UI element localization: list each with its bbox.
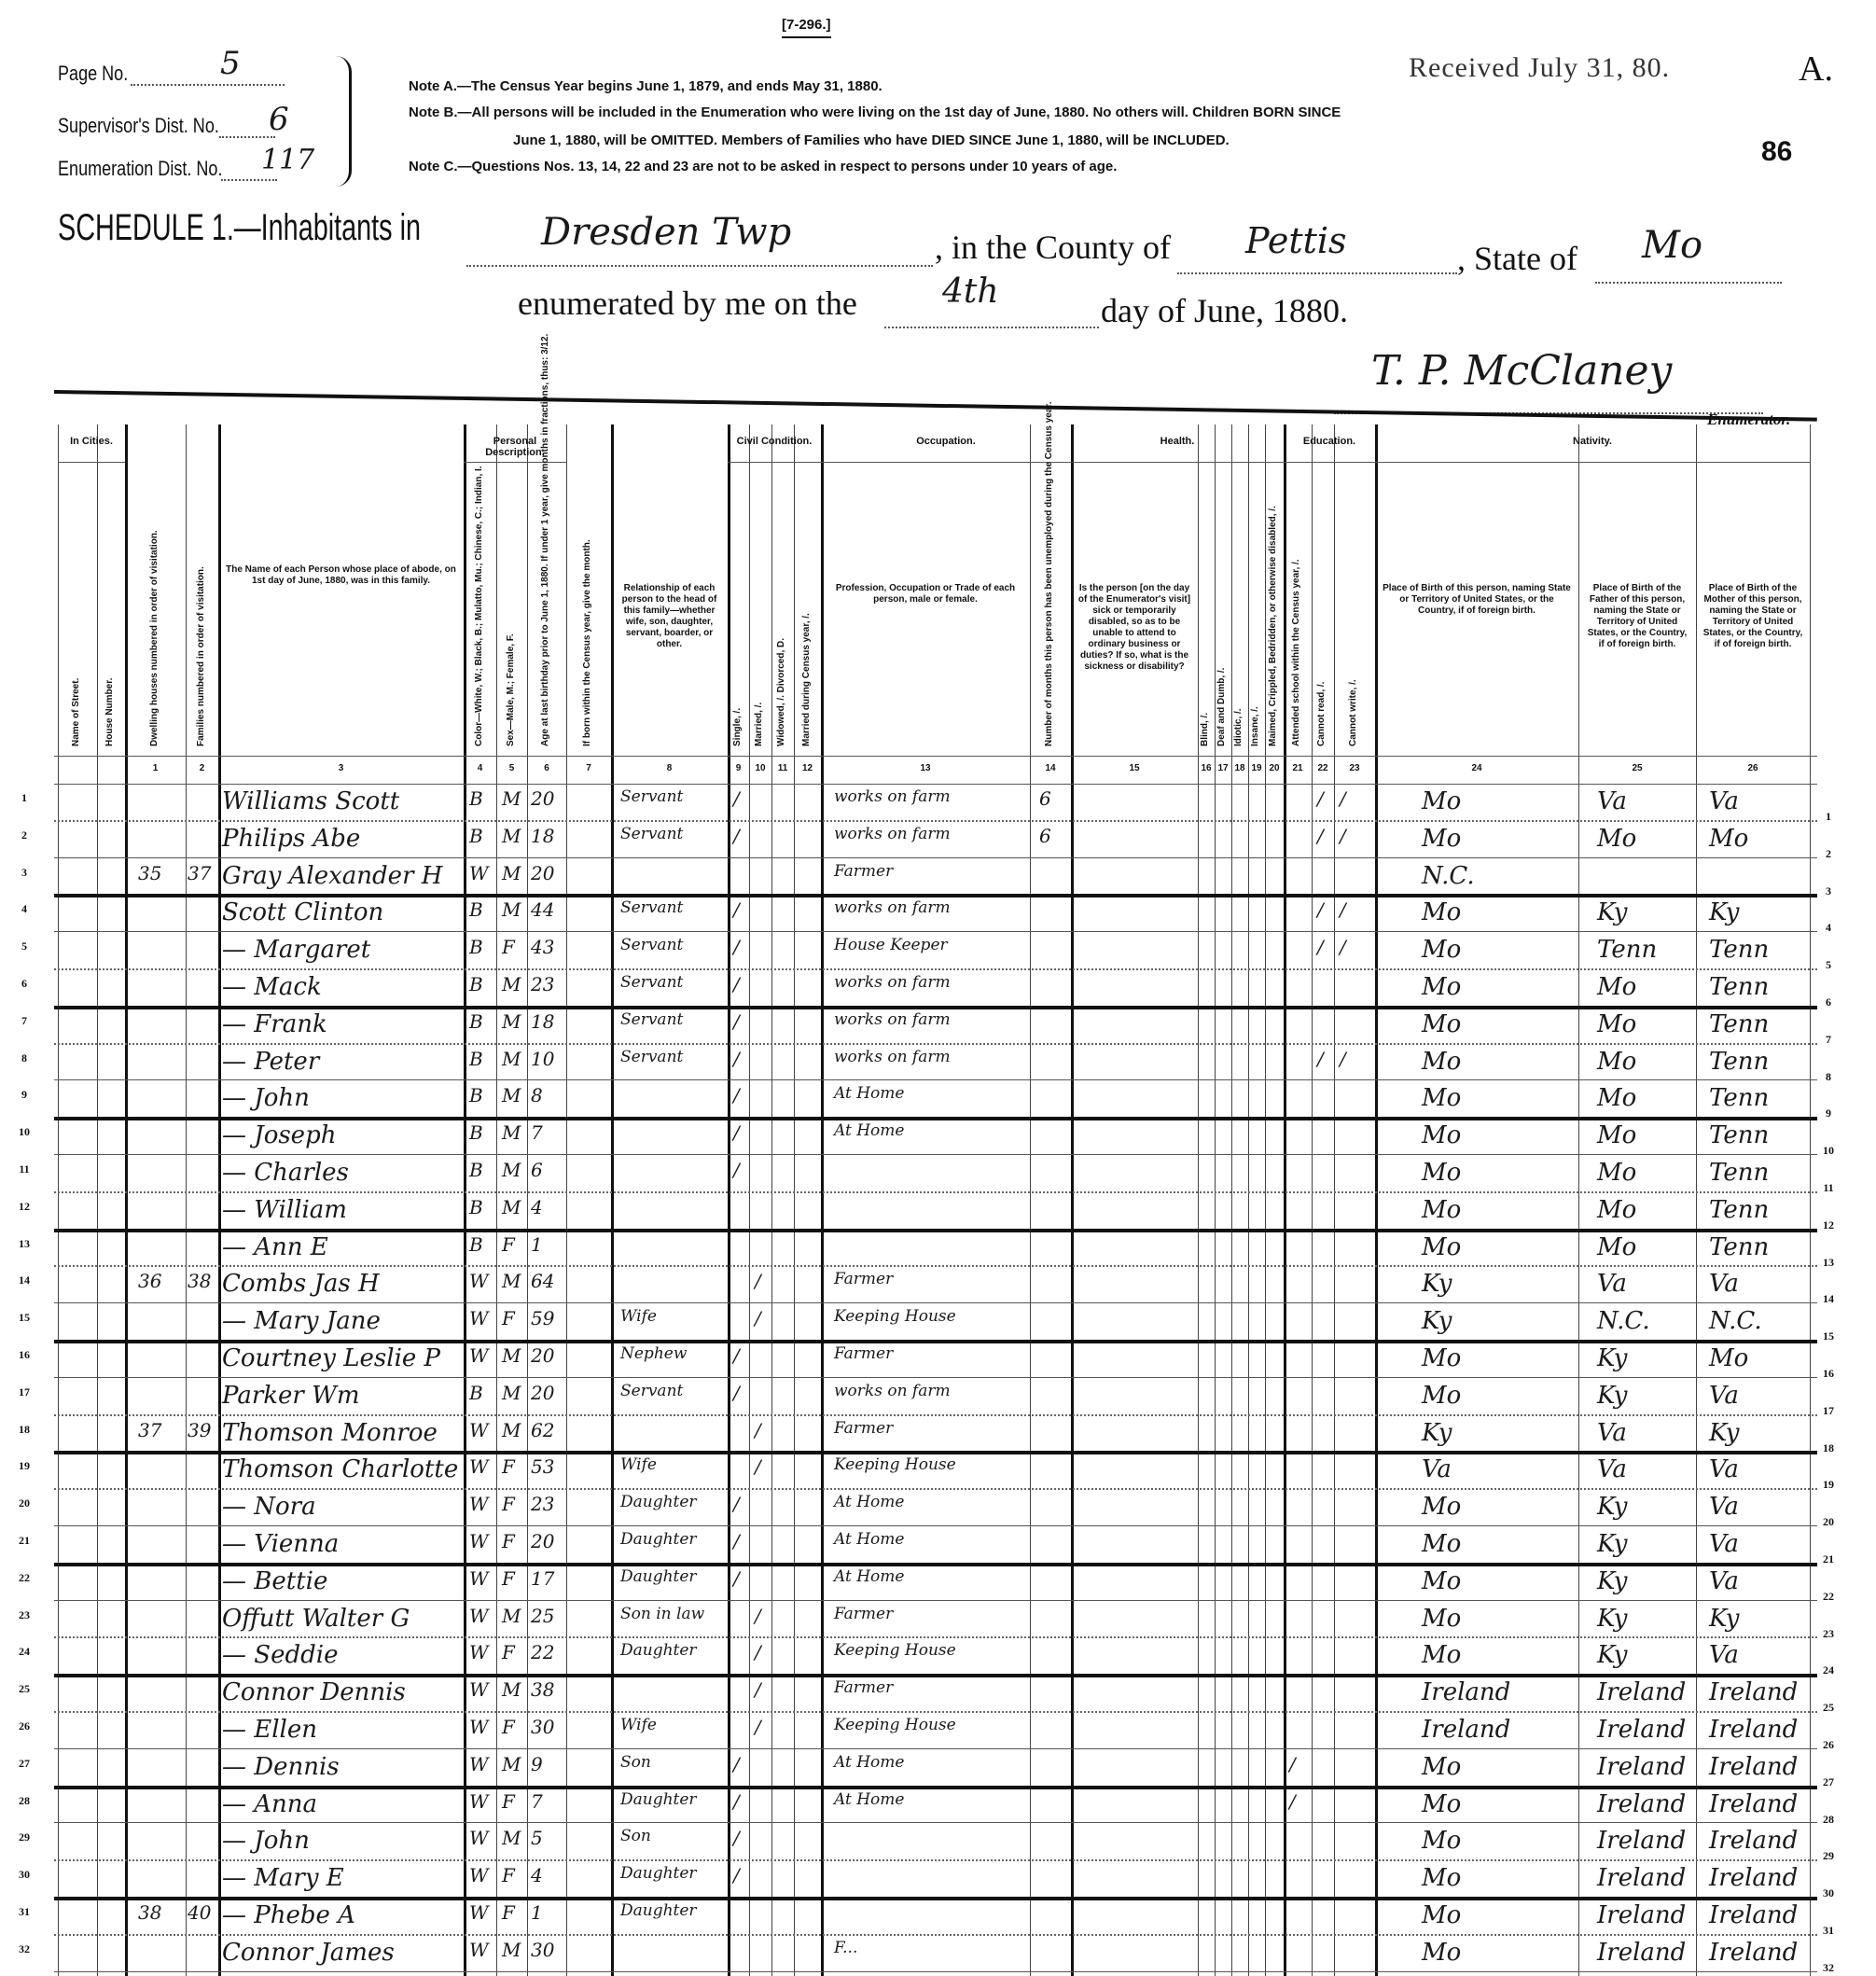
occupation-value: F...: [834, 1941, 857, 1956]
occupation-value: Farmer: [834, 1607, 893, 1622]
age-value: 18: [531, 1012, 554, 1031]
enumeration-district-value: 117: [261, 144, 314, 176]
father-birthplace-value: Ireland: [1597, 1866, 1686, 1890]
person-name: Scott Clinton: [222, 900, 383, 925]
father-birthplace-value: Va: [1597, 1421, 1627, 1445]
column-divider: [496, 424, 497, 1976]
father-birthplace-value: Ireland: [1597, 1680, 1686, 1705]
column-header-c20: Maimed, Crippled, Bedridden, or otherwis…: [1268, 480, 1278, 746]
birthplace-value: Mo: [1422, 1012, 1461, 1037]
relationship-value: Servant: [620, 1012, 683, 1028]
occupation-value: Keeping House: [834, 1718, 956, 1733]
single-mark: /: [733, 975, 740, 994]
occupation-value: Farmer: [834, 1680, 893, 1696]
color-value: W: [469, 1346, 489, 1365]
single-mark: /: [733, 1161, 740, 1179]
column-header-c6: Age at last birthday prior to June 1, 18…: [540, 480, 550, 746]
sheet-number: 86: [1761, 136, 1792, 168]
line-number-left: 23: [15, 1608, 34, 1622]
line-number-right: 20: [1819, 1515, 1838, 1529]
single-mark: /: [733, 1755, 740, 1774]
age-value: 7: [531, 1792, 543, 1811]
enumeration-day: 4th: [942, 272, 999, 311]
sex-value: F: [502, 1792, 515, 1811]
line-number-left: 3: [15, 866, 34, 880]
occupation-value: At Home: [834, 1123, 904, 1139]
line-number-right: 25: [1819, 1701, 1838, 1715]
mother-birthplace-value: Ireland: [1709, 1755, 1798, 1779]
column-header-c11: Widowed, /. Divorced, D.: [776, 480, 786, 746]
occupation-value: works on farm: [834, 900, 951, 916]
relationship-value: Daughter: [620, 1495, 697, 1510]
column-header-c12: Married during Census year, /.: [801, 480, 812, 746]
sex-value: M: [502, 1829, 521, 1847]
column-divider: [1810, 424, 1811, 1976]
line-number-right: 18: [1819, 1441, 1838, 1455]
dwelling-number: 38: [138, 1903, 161, 1922]
line-number-right: 16: [1819, 1367, 1838, 1381]
father-birthplace-value: Ky: [1597, 1346, 1627, 1371]
mother-birthplace-value: Tenn: [1709, 975, 1769, 999]
cannot-write-mark: /: [1340, 827, 1346, 845]
single-mark: /: [733, 1532, 740, 1551]
line-number-left: 13: [15, 1237, 34, 1251]
column-number: 3: [218, 763, 464, 773]
column-divider: [1248, 424, 1249, 1976]
relationship-value: Son: [620, 1829, 651, 1844]
occupation-value: works on farm: [834, 975, 951, 991]
column-header-c18: Idiotic, /.: [1233, 480, 1244, 746]
column-number: 2: [186, 763, 218, 773]
father-birthplace-value: Ireland: [1597, 1941, 1686, 1965]
relationship-value: Servant: [620, 789, 683, 805]
sex-value: M: [502, 1346, 521, 1365]
cannot-read-mark: /: [1317, 789, 1324, 808]
father-birthplace-value: Ireland: [1597, 1718, 1686, 1742]
column-group-nativity: Nativity.: [1375, 436, 1810, 447]
column-number: 21: [1284, 763, 1312, 773]
column-divider: [566, 424, 567, 1976]
line-number-right: 15: [1819, 1329, 1838, 1343]
single-mark: /: [733, 1866, 740, 1885]
column-number: 11: [771, 763, 794, 773]
column-header-c24: Place of Birth of this person, naming St…: [1381, 583, 1573, 617]
age-value: 20: [531, 1346, 554, 1365]
person-name: — Charles: [222, 1161, 349, 1185]
line-number-right: 27: [1819, 1775, 1838, 1789]
census-table: In Cities.Personal Description.Civil Con…: [54, 424, 1817, 1976]
column-divider: [821, 424, 824, 1976]
sex-value: F: [502, 1643, 515, 1662]
age-value: 1: [531, 1903, 543, 1922]
sex-value: F: [502, 938, 515, 956]
cannot-read-mark: /: [1317, 938, 1324, 956]
row-rule: [54, 1563, 1817, 1566]
sex-value: M: [502, 1421, 521, 1440]
mother-birthplace-value: Ireland: [1709, 1680, 1798, 1705]
father-birthplace-value: Ireland: [1597, 1755, 1686, 1779]
person-name: — Mary Jane: [222, 1309, 381, 1333]
column-divider: [125, 424, 128, 1976]
header-bracket: [336, 56, 352, 187]
line-number-left: 5: [15, 939, 34, 953]
column-divider: [464, 424, 466, 1976]
relationship-value: Nephew: [620, 1346, 687, 1362]
father-birthplace-value: Mo: [1597, 1050, 1636, 1074]
row-rule: [54, 1117, 1817, 1120]
column-header-c25: Place of Birth of the Father of this per…: [1584, 583, 1690, 650]
column-header-house_no: House Number.: [104, 480, 115, 746]
line-number-right: 30: [1819, 1886, 1838, 1900]
column-number: 6: [527, 763, 566, 773]
age-value: 1: [531, 1235, 543, 1254]
father-birthplace-value: Ireland: [1597, 1792, 1686, 1816]
line-number-right: 22: [1819, 1590, 1838, 1604]
line-number-right: 24: [1819, 1663, 1838, 1677]
color-value: W: [469, 1457, 489, 1476]
line-number-right: 14: [1819, 1292, 1838, 1306]
column-group-occupation: Occupation.: [821, 436, 1071, 447]
married-mark: /: [755, 1718, 761, 1736]
occupation-value: Farmer: [834, 1272, 893, 1287]
column-header-c4: Color—White, W.; Black, B.; Mulatto, Mu.…: [474, 480, 484, 746]
sex-value: M: [502, 900, 521, 919]
dwelling-number: 36: [138, 1272, 161, 1290]
column-number: 22: [1312, 763, 1334, 773]
color-value: W: [469, 1272, 489, 1290]
married-mark: /: [755, 1607, 761, 1625]
column-divider: [58, 424, 59, 1976]
line-number-right: 7: [1819, 1033, 1838, 1047]
line-number-right: 2: [1819, 847, 1838, 861]
note-b-line2: June 1, 1880, will be OMITTED. Members o…: [513, 132, 1230, 148]
line-number-right: 17: [1819, 1404, 1838, 1418]
color-value: W: [469, 1903, 489, 1922]
line-number-left: 28: [15, 1794, 34, 1808]
birthplace-value: Mo: [1422, 1755, 1461, 1779]
column-number: 5: [496, 763, 527, 773]
supervisor-district-field: Supervisor's Dist. No.: [58, 114, 275, 138]
column-header-c22: Cannot read, /.: [1316, 480, 1327, 746]
column-header-c14: Number of months this person has been un…: [1044, 480, 1054, 746]
age-value: 44: [531, 900, 554, 919]
occupation-value: works on farm: [834, 1012, 951, 1028]
birthplace-value: Mo: [1422, 1643, 1461, 1667]
column-divider: [1265, 424, 1266, 1976]
sex-value: M: [502, 1755, 521, 1774]
column-header-c9: Single, /.: [732, 480, 743, 746]
mother-birthplace-value: Va: [1709, 1643, 1739, 1667]
mother-birthplace-value: Ireland: [1709, 1903, 1798, 1927]
age-value: 20: [531, 789, 554, 808]
column-group-education: Education.: [1284, 436, 1375, 447]
group-underline: [821, 462, 1071, 463]
color-value: W: [469, 1866, 489, 1885]
mother-birthplace-value: Ireland: [1709, 1792, 1798, 1816]
occupation-value: Keeping House: [834, 1457, 956, 1473]
line-number-right: 9: [1819, 1106, 1838, 1120]
person-name: — Ellen: [222, 1718, 317, 1742]
column-number: 26: [1696, 763, 1810, 773]
mother-birthplace-value: Ireland: [1709, 1829, 1798, 1853]
enumerated-label: enumerated by me on the: [518, 284, 857, 323]
group-underline: [1071, 462, 1284, 463]
relationship-value: Servant: [620, 900, 683, 916]
birthplace-value: Ireland: [1422, 1718, 1510, 1742]
age-value: 25: [531, 1607, 554, 1625]
row-rule: [54, 931, 1817, 932]
row-rule: [54, 820, 1817, 822]
person-name: Combs Jas H: [222, 1272, 380, 1296]
father-birthplace-value: Mo: [1597, 1012, 1636, 1037]
cannot-read-mark: /: [1317, 827, 1324, 845]
column-header-c17: Deaf and Dumb, /.: [1216, 480, 1227, 746]
column-header-street: Name of Street.: [71, 480, 81, 746]
single-mark: /: [733, 938, 740, 956]
school-mark: /: [1289, 1755, 1296, 1774]
father-birthplace-value: Mo: [1597, 827, 1636, 851]
birthplace-value: Mo: [1422, 789, 1461, 814]
column-divider: [1375, 424, 1378, 1976]
row-rule: [54, 1043, 1817, 1045]
cannot-write-mark: /: [1340, 789, 1346, 808]
mother-birthplace-value: Ireland: [1709, 1941, 1798, 1965]
row-rule: [54, 1525, 1817, 1526]
person-name: — Vienna: [222, 1532, 339, 1556]
age-value: 5: [531, 1829, 543, 1847]
mother-birthplace-value: Ky: [1709, 1607, 1739, 1631]
person-name: — Bettie: [222, 1569, 327, 1593]
father-birthplace-value: Mo: [1597, 1235, 1636, 1259]
family-number: 39: [188, 1421, 211, 1440]
column-number: 7: [566, 763, 611, 773]
column-header-c1: Dwelling houses numbered in order of vis…: [149, 480, 160, 746]
birthplace-value: Mo: [1422, 1235, 1461, 1259]
father-birthplace-value: Mo: [1597, 975, 1636, 999]
person-name: — Mack: [222, 975, 322, 999]
group-underline: [1375, 462, 1810, 463]
birthplace-value: Mo: [1422, 1495, 1461, 1519]
column-divider: [728, 424, 730, 1976]
person-name: Connor James: [222, 1941, 395, 1965]
sex-value: M: [502, 789, 521, 808]
single-mark: /: [733, 1569, 740, 1588]
person-name: Thomson Charlotte: [222, 1457, 458, 1482]
sex-value: M: [502, 1012, 521, 1031]
row-rule: [54, 1748, 1817, 1749]
row-rule: [54, 1971, 1817, 1972]
header-rule: [54, 784, 1817, 785]
single-mark: /: [733, 1086, 740, 1105]
birthplace-value: Mo: [1422, 827, 1461, 851]
relationship-value: Daughter: [620, 1903, 697, 1919]
line-number-left: 16: [15, 1348, 34, 1362]
age-value: 20: [531, 864, 554, 883]
row-rule: [54, 1265, 1817, 1267]
column-header-c7: If born within the Census year, give the…: [582, 480, 592, 746]
note-a: Note A.—The Census Year begins June 1, 1…: [409, 78, 882, 94]
mother-birthplace-value: Tenn: [1709, 1012, 1769, 1037]
married-mark: /: [755, 1680, 761, 1699]
age-value: 30: [531, 1718, 554, 1736]
row-rule: [54, 1600, 1817, 1601]
column-number: 9: [728, 763, 749, 773]
row-rule: [54, 1340, 1817, 1343]
row-rule: [54, 1302, 1817, 1303]
birthplace-value: Mo: [1422, 1866, 1461, 1890]
age-value: 8: [531, 1086, 543, 1105]
line-number-right: 21: [1819, 1552, 1838, 1566]
row-rule: [54, 1451, 1817, 1454]
line-number-right: 32: [1819, 1961, 1838, 1975]
row-rule: [54, 1191, 1817, 1193]
column-divider: [749, 424, 750, 1976]
age-value: 43: [531, 938, 554, 956]
line-number-right: 23: [1819, 1627, 1838, 1641]
age-value: 4: [531, 1198, 543, 1217]
single-mark: /: [733, 1829, 740, 1847]
person-name: — Mary E: [222, 1866, 344, 1890]
person-name: — Phebe A: [222, 1903, 355, 1927]
color-value: W: [469, 1643, 489, 1662]
color-value: B: [469, 1012, 483, 1031]
person-name: Gray Alexander H: [222, 864, 442, 888]
single-mark: /: [733, 1050, 740, 1068]
person-name: — John: [222, 1829, 310, 1853]
row-rule: [54, 1934, 1817, 1936]
column-divider: [218, 424, 221, 1976]
cannot-write-mark: /: [1340, 1050, 1346, 1068]
column-divider: [611, 424, 614, 1976]
mother-birthplace-value: Va: [1709, 1457, 1739, 1482]
sex-value: F: [502, 1235, 515, 1254]
row-rule: [54, 1006, 1817, 1009]
married-mark: /: [755, 1421, 761, 1440]
line-number-right: 5: [1819, 958, 1838, 972]
row-rule: [54, 1674, 1817, 1677]
person-name: — William: [222, 1198, 347, 1222]
township-value: Dresden Twp: [541, 211, 791, 254]
color-value: B: [469, 789, 483, 808]
mother-birthplace-value: Tenn: [1709, 1198, 1769, 1222]
color-value: B: [469, 1198, 483, 1217]
mother-birthplace-value: Mo: [1709, 1346, 1748, 1371]
sex-value: M: [502, 1050, 521, 1068]
father-birthplace-value: Ireland: [1597, 1903, 1686, 1927]
single-mark: /: [733, 1346, 740, 1365]
sex-value: M: [502, 1607, 521, 1625]
father-birthplace-value: Mo: [1597, 1161, 1636, 1185]
column-divider: [1231, 424, 1232, 1976]
family-number: 38: [188, 1272, 211, 1290]
single-mark: /: [733, 1495, 740, 1513]
column-number: 17: [1215, 763, 1231, 773]
line-number-right: 28: [1819, 1813, 1838, 1827]
occupation-value: At Home: [834, 1792, 904, 1808]
line-number-right: 13: [1819, 1256, 1838, 1270]
line-number-right: 3: [1819, 884, 1838, 898]
mother-birthplace-value: N.C.: [1709, 1309, 1762, 1333]
person-name: — Nora: [222, 1495, 316, 1519]
row-rule: [54, 894, 1817, 898]
relationship-value: Daughter: [620, 1643, 697, 1659]
person-name: Thomson Monroe: [222, 1421, 438, 1445]
row-rule: [54, 1859, 1817, 1861]
group-underline: [728, 462, 821, 463]
color-value: W: [469, 1718, 489, 1736]
note-c: Note C.—Questions Nos. 13, 14, 22 and 23…: [409, 159, 1117, 174]
occupation-value: At Home: [834, 1086, 904, 1102]
relationship-value: Son: [620, 1755, 651, 1771]
line-number-right: 1: [1819, 810, 1838, 824]
color-value: B: [469, 1384, 483, 1402]
sex-value: M: [502, 1384, 521, 1402]
column-number: 8: [611, 763, 728, 773]
birthplace-value: Mo: [1422, 938, 1461, 962]
line-number-left: 29: [15, 1830, 34, 1844]
mother-birthplace-value: Tenn: [1709, 1123, 1769, 1148]
occupation-value: At Home: [834, 1755, 904, 1771]
page-number-field: Page No.: [58, 62, 285, 86]
header-rule: [54, 756, 1817, 757]
sex-value: M: [502, 1123, 521, 1142]
birthplace-value: N.C.: [1422, 864, 1475, 888]
column-divider: [1284, 424, 1286, 1976]
birthplace-value: Mo: [1422, 1532, 1461, 1556]
mother-birthplace-value: Tenn: [1709, 1086, 1769, 1110]
column-number: 1: [125, 763, 186, 773]
column-number: 18: [1231, 763, 1248, 773]
sex-value: F: [502, 1532, 515, 1551]
column-group-in-cities: In Cities.: [58, 436, 125, 447]
relationship-value: Daughter: [620, 1532, 697, 1548]
color-value: W: [469, 1607, 489, 1625]
column-number: 14: [1030, 763, 1071, 773]
person-name: — Frank: [222, 1012, 327, 1037]
father-birthplace-value: Ky: [1597, 1532, 1627, 1556]
color-value: W: [469, 864, 489, 883]
occupation-value: works on farm: [834, 1050, 951, 1065]
color-value: W: [469, 1829, 489, 1847]
color-value: W: [469, 1532, 489, 1551]
column-number: 10: [749, 763, 771, 773]
color-value: B: [469, 1086, 483, 1105]
color-value: W: [469, 1680, 489, 1699]
sex-value: M: [502, 864, 521, 883]
single-mark: /: [733, 827, 740, 845]
relationship-value: Wife: [620, 1309, 657, 1325]
birthplace-value: Ky: [1422, 1421, 1452, 1445]
column-divider: [186, 424, 187, 1976]
birthplace-value: Mo: [1422, 1198, 1461, 1222]
row-rule: [54, 1822, 1817, 1823]
column-number: 13: [821, 763, 1030, 773]
sex-value: F: [502, 1569, 515, 1588]
line-number-left: 22: [15, 1571, 34, 1585]
relationship-value: Servant: [620, 1050, 683, 1065]
column-number: 19: [1248, 763, 1265, 773]
father-birthplace-value: Ky: [1597, 900, 1627, 925]
father-birthplace-value: Ky: [1597, 1495, 1627, 1519]
sex-value: F: [502, 1457, 515, 1476]
line-number-left: 20: [15, 1496, 34, 1510]
father-birthplace-value: Mo: [1597, 1086, 1636, 1110]
mother-birthplace-value: Ky: [1709, 900, 1739, 925]
color-value: B: [469, 1235, 483, 1254]
age-value: 7: [531, 1123, 543, 1142]
mother-birthplace-value: Va: [1709, 1384, 1739, 1408]
person-name: Offutt Walter G: [222, 1607, 410, 1631]
